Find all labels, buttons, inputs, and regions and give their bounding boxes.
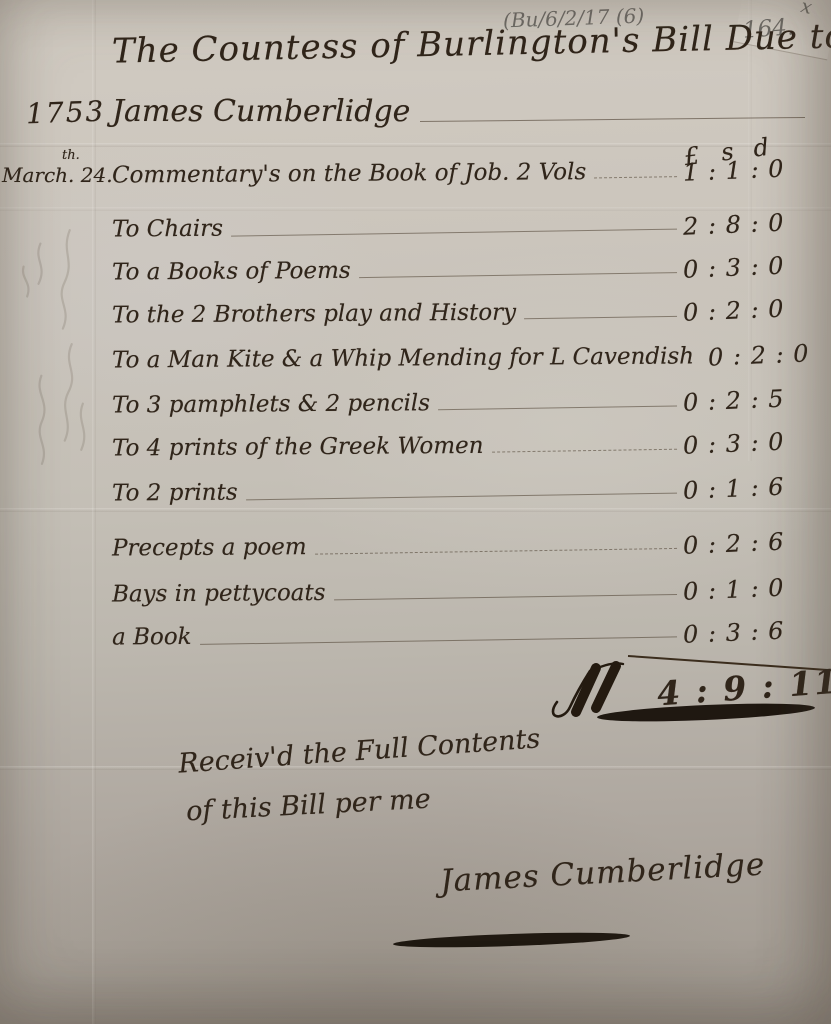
item-description: To 2 prints <box>112 480 238 507</box>
fold-crease-horizontal <box>0 508 831 512</box>
item-amount: 0 : 2 : 0 <box>682 293 815 327</box>
item-amount: 0 : 3 : 6 <box>682 615 815 649</box>
item-description: Bays in pettycoats <box>112 580 326 607</box>
receipt-line-2: of this Bill per me <box>185 784 431 828</box>
leader-dashes <box>594 176 677 178</box>
bill-item-row: Bays in pettycoats 0 : 1 : 0 <box>112 575 815 608</box>
leader-line <box>438 405 677 410</box>
date-label: th. March. 24. <box>2 163 113 187</box>
fold-crease-horizontal <box>0 766 831 770</box>
ruled-line <box>420 117 805 122</box>
item-amount: 0 : 2 : 5 <box>682 383 815 417</box>
bill-item-row: a Book 0 : 3 : 6 <box>112 618 815 651</box>
item-description: To the 2 Brothers play and History <box>112 300 516 329</box>
date-superscript: th. <box>62 148 80 163</box>
year-label: 1753 <box>25 95 105 131</box>
leader-dashes <box>315 548 677 555</box>
payee-line: James Cumberlidge <box>112 94 811 129</box>
leader-line <box>524 316 677 319</box>
date-day: 24. <box>81 163 113 187</box>
show-through-ink-marks <box>0 223 112 478</box>
item-description: To a Books of Poems <box>112 258 351 286</box>
bill-item-row: To a Man Kite & a Whip Mending for L Cav… <box>112 341 815 374</box>
item-description: Commentary's on the Book of Job. 2 Vols <box>112 159 586 188</box>
signature-flourish-blot <box>393 930 630 950</box>
leader-line <box>334 594 677 600</box>
item-amount: 0 : 1 : 6 <box>682 471 815 505</box>
date-month: March. <box>2 163 74 187</box>
leader-line <box>231 229 677 237</box>
receipt-line-1: Receiv'd the Full Contents <box>177 723 541 779</box>
item-amount: 0 : 2 : 6 <box>682 526 815 560</box>
item-amount: 1 : 1 : 0 <box>682 153 815 187</box>
bill-item-row: To 2 prints 0 : 1 : 6 <box>112 474 815 507</box>
bill-title: The Countess of Burlington's Bill Due to <box>112 16 831 71</box>
item-amount: 0 : 2 : 0 <box>708 338 831 372</box>
bill-item-row: Precepts a poem 0 : 2 : 6 <box>112 529 815 562</box>
leader-line <box>246 493 677 501</box>
bill-item-row: To the 2 Brothers play and History 0 : 2… <box>112 296 815 329</box>
item-amount: 2 : 8 : 0 <box>682 207 815 241</box>
bill-item-row: To 4 prints of the Greek Women 0 : 3 : 0 <box>112 429 815 462</box>
bill-item-row: To a Books of Poems 0 : 3 : 0 <box>112 253 815 286</box>
bill-item-row: To Chairs 2 : 8 : 0 <box>112 210 815 243</box>
bill-item-row: Commentary's on the Book of Job. 2 Vols … <box>112 156 815 189</box>
bill-item-row: To 3 pamphlets & 2 pencils 0 : 2 : 5 <box>112 386 815 419</box>
leader-line <box>200 636 677 644</box>
item-description: Precepts a poem <box>112 534 307 561</box>
leader-line <box>359 272 677 278</box>
item-description: To 4 prints of the Greek Women <box>112 433 484 462</box>
signature: James Cumberlidge <box>439 847 766 900</box>
item-amount: 0 : 3 : 0 <box>682 250 815 284</box>
item-amount: 0 : 1 : 0 <box>682 572 815 606</box>
item-description: To 3 pamphlets & 2 pencils <box>112 390 430 418</box>
item-description: a Book <box>112 624 192 651</box>
item-description: To Chairs <box>112 216 223 243</box>
manuscript-bill-photo: (Bu/6/2/17 (6) 164. x The Countess of Bu… <box>0 0 831 1024</box>
item-description: To a Man Kite & a Whip Mending for L Cav… <box>112 343 694 373</box>
item-amount: 0 : 3 : 0 <box>682 426 815 460</box>
fold-crease-vertical <box>92 0 96 1024</box>
leader-dashes <box>492 449 677 453</box>
payee-name: James Cumberlidge <box>112 94 410 129</box>
